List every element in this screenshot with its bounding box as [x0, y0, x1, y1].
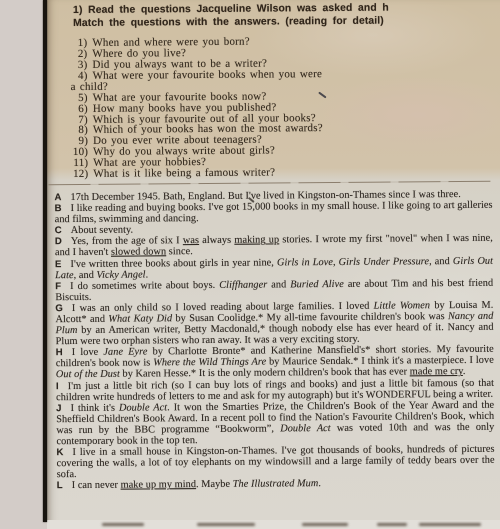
- answer-text: since.: [166, 247, 193, 258]
- task-instructions: 1) Read the questions Jacqueline Wilson …: [73, 2, 453, 30]
- answer-text: I love: [72, 347, 104, 358]
- cutoff-text-smudge: [102, 523, 144, 526]
- answer-letter: F: [55, 281, 61, 292]
- answer-letter: B: [55, 203, 62, 214]
- book-title: Double Act: [119, 402, 167, 413]
- answer-letter: J: [56, 403, 61, 414]
- answer-item: KI live in a small house in Kingston-on-…: [56, 444, 494, 481]
- book-title: The Illustrated Mum: [233, 479, 319, 491]
- question-text: What is it like being a famous writer?: [93, 167, 275, 180]
- question-number: 12): [71, 169, 88, 180]
- answer-letter: E: [55, 259, 62, 270]
- answer-item: LI can never make up my mind. Maybe The …: [57, 477, 495, 492]
- cutoff-text-smudge: [197, 523, 255, 526]
- answer-text: About seventy.: [71, 225, 133, 236]
- question-item: 12)What is it like being a famous writer…: [71, 166, 499, 180]
- answer-letter: H: [56, 347, 63, 358]
- section-divider: [48, 181, 490, 185]
- page-bottom-edge: [47, 520, 500, 529]
- answer-letter: I: [56, 381, 59, 392]
- answer-text: and: [267, 279, 290, 290]
- answer-letter: L: [57, 481, 63, 492]
- answer-text: Yes, from the age of six I: [71, 236, 183, 248]
- book-title: Double Act: [280, 423, 331, 434]
- answer-item: HI love Jane Eyre by Charlotte Bronte* a…: [56, 344, 494, 381]
- answer-text: , and: [429, 256, 453, 267]
- underlined-phrase: slowed down: [111, 247, 166, 258]
- answer-text: I can never: [72, 480, 121, 491]
- answer-letter: C: [55, 225, 62, 236]
- answer-letter: G: [55, 303, 63, 314]
- instruction-line-2: Match the questions with the answers. (r…: [73, 15, 453, 31]
- cutoff-text-smudge: [419, 523, 481, 526]
- answer-text: I do sometimes write about boys.: [70, 280, 219, 292]
- question-number: 6): [71, 104, 88, 115]
- book-title: Girls Under Pressure: [339, 256, 430, 268]
- book-title: Jane Eyre: [103, 347, 147, 358]
- answer-text: I've written three books about girls in …: [70, 257, 277, 270]
- book-title: Girls in Love: [277, 257, 333, 268]
- book-title: Little Women: [374, 300, 431, 311]
- underlined-phrase: made me cry: [410, 366, 463, 377]
- page-content: 1) Read the questions Jacqueline Wilson …: [45, 0, 500, 492]
- answer-text: .: [146, 269, 149, 280]
- answer-text: always: [199, 235, 234, 246]
- book-title: Buried Alive: [290, 279, 344, 290]
- answer-letter: D: [55, 236, 62, 247]
- answer-letter: K: [56, 447, 63, 458]
- answer-text: , and: [74, 269, 97, 280]
- cutoff-text-smudge: [302, 523, 348, 526]
- answer-text: I live in a small house in Kingston-on-T…: [57, 444, 495, 481]
- answer-text: . Maybe: [196, 479, 233, 490]
- book-spine-edge: [43, 0, 47, 522]
- answer-letter: A: [54, 192, 61, 203]
- answers-list: A17th December 1945. Bath, England. But …: [54, 189, 494, 492]
- answer-item: JI think it's Double Act. It won the Sma…: [56, 399, 494, 447]
- answer-item: GI was an only child so I loved reading …: [55, 300, 493, 348]
- underlined-phrase: make up my mind: [121, 479, 196, 491]
- book-title: Out of the Dust: [56, 369, 120, 381]
- underlined-phrase: making up: [234, 235, 279, 246]
- cutoff-text-smudge: [377, 523, 407, 526]
- answer-text: I think it's: [71, 402, 119, 413]
- answer-text: I'm just a little bit rich (so I can buy…: [56, 377, 494, 403]
- underlined-phrase: was: [183, 235, 199, 246]
- answer-text: .: [463, 366, 466, 377]
- book-title: Vicky Angel: [96, 269, 145, 280]
- questions-list: 1)When and where were you born?2)Where d…: [70, 35, 499, 180]
- book-title: What Katy Did: [108, 313, 172, 325]
- scanned-page: 1) Read the questions Jacqueline Wilson …: [47, 0, 500, 529]
- answer-text: .: [318, 478, 321, 489]
- question-text: What were your favourite books when you …: [71, 68, 323, 93]
- book-title: Cliffhanger: [219, 279, 267, 290]
